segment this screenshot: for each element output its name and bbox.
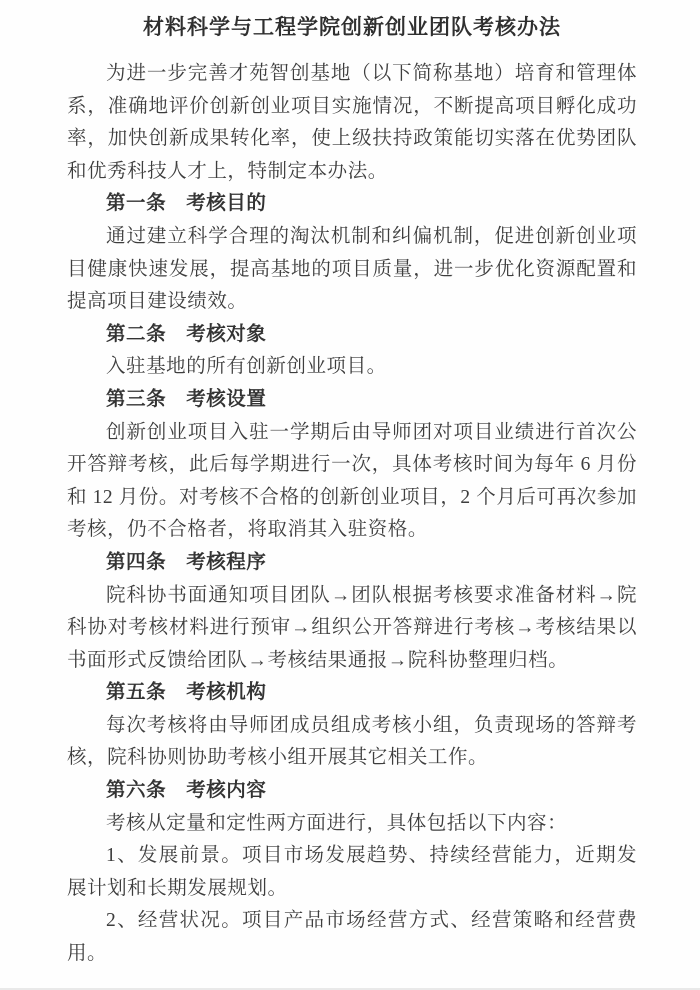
paragraph: 院科协书面通知项目团队→团队根据考核要求准备材料→院科协对考核材料进行预审→组织… bbox=[67, 580, 637, 678]
section-heading: 第五条 考核机构 bbox=[67, 677, 637, 710]
document-page: 材料科学与工程学院创新创业团队考核办法 为进一步完善才苑智创基地（以下简称基地）… bbox=[0, 0, 700, 990]
section-heading: 第六条 考核内容 bbox=[67, 775, 637, 808]
document-body: 为进一步完善才苑智创基地（以下简称基地）培育和管理体系，准确地评价创新创业项目实… bbox=[67, 58, 637, 971]
document-title: 材料科学与工程学院创新创业团队考核办法 bbox=[67, 8, 637, 48]
paragraph: 创新创业项目入驻一学期后由导师团对项目业绩进行首次公开答辩考核，此后每学期进行一… bbox=[67, 417, 637, 547]
section-heading: 第四条 考核程序 bbox=[67, 547, 637, 580]
paragraph: 考核从定量和定性两方面进行，具体包括以下内容： bbox=[67, 808, 637, 841]
paragraph: 1、发展前景。项目市场发展趋势、持续经营能力，近期发展计划和长期发展规划。 bbox=[67, 840, 637, 905]
section-heading: 第三条 考核设置 bbox=[67, 384, 637, 417]
paragraph: 为进一步完善才苑智创基地（以下简称基地）培育和管理体系，准确地评价创新创业项目实… bbox=[67, 58, 637, 188]
paragraph: 入驻基地的所有创新创业项目。 bbox=[67, 351, 637, 384]
paragraph: 2、经营状况。项目产品市场经营方式、经营策略和经营费用。 bbox=[67, 905, 637, 970]
section-heading: 第一条 考核目的 bbox=[67, 188, 637, 221]
paragraph: 通过建立科学合理的淘汰机制和纠偏机制，促进创新创业项目健康快速发展，提高基地的项… bbox=[67, 221, 637, 319]
section-heading: 第二条 考核对象 bbox=[67, 319, 637, 352]
paragraph: 每次考核将由导师团成员组成考核小组，负责现场的答辩考核，院科协则协助考核小组开展… bbox=[67, 710, 637, 775]
